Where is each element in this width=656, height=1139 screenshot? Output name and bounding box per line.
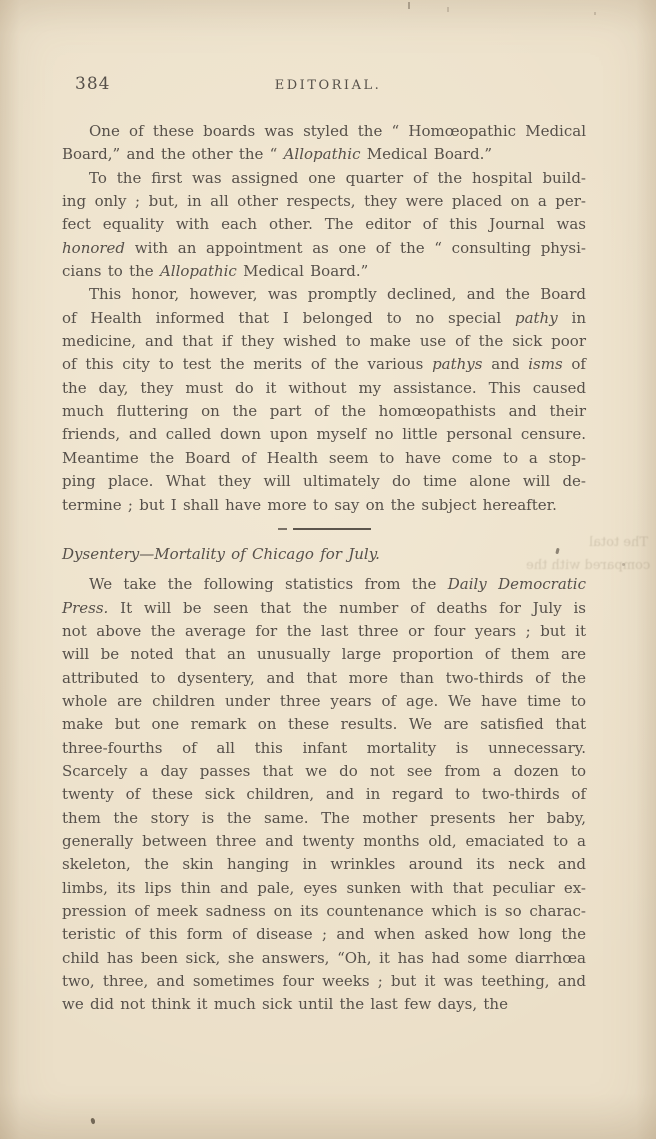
- emphasized-text: Dysentery—Mortality of Chicago for July.: [62, 545, 380, 563]
- paper-speck: [447, 7, 449, 12]
- text-line: three-fourths of all this infant mortali…: [62, 737, 586, 760]
- text-line: skeleton, the skin hanging in wrinkles a…: [62, 853, 586, 876]
- text-line: To the first was assigned one quarter of…: [62, 167, 586, 190]
- text-line: honored with an appointment as one of th…: [62, 237, 586, 260]
- text-line: teristic of this form of disease ; and w…: [62, 923, 586, 946]
- text-line: limbs, its lips thin and pale, eyes sunk…: [62, 877, 586, 900]
- paragraph: To the first was assigned one quarter of…: [62, 167, 586, 284]
- text-line: much fluttering on the part of the homœo…: [62, 400, 586, 423]
- running-head: EDITORIAL.: [0, 78, 656, 93]
- text-line: twenty of these sick children, and in re…: [62, 783, 586, 806]
- text-run: with an appointment as one of the “ cons…: [125, 239, 586, 257]
- text-run: of this city to test the merits of the v…: [62, 355, 432, 373]
- text-line: ping place. What they will ultimately do…: [62, 470, 586, 493]
- text-line: whole are children under three years of …: [62, 690, 586, 713]
- emphasized-text: Press.: [62, 599, 108, 617]
- text-run: much fluttering on the part of the homœo…: [62, 402, 586, 420]
- text-line: cians to the Allopathic Medical Board.”: [62, 260, 586, 283]
- section-heading: Dysentery—Mortality of Chicago for July.: [62, 543, 586, 566]
- text-run: the day, they must do it without my assi…: [62, 379, 586, 397]
- text-run: make but one remark on these results. We…: [62, 715, 586, 733]
- text-run: fect equality with each other. The edito…: [62, 215, 586, 233]
- text-line: attributed to dysentery, and that more t…: [62, 667, 586, 690]
- emphasized-text: honored: [62, 239, 125, 257]
- text-run: ing only ; but, in all other respects, t…: [62, 192, 586, 210]
- text-run: whole are children under three years of …: [62, 692, 586, 710]
- text-run: It will be seen that the number of death…: [108, 599, 586, 617]
- emphasized-text: Daily Democratic: [448, 575, 586, 593]
- paragraph: This honor, however, was promptly declin…: [62, 283, 586, 516]
- text-run: limbs, its lips thin and pale, eyes sunk…: [62, 879, 586, 897]
- text-run: we did not think it much sick until the …: [62, 995, 508, 1013]
- paper-speck: [408, 2, 410, 9]
- text-run: not above the average for the last three…: [62, 622, 586, 640]
- text-run: them the story is the same. The mother p…: [62, 809, 586, 827]
- paper-speck: [594, 12, 596, 15]
- text-line: medicine, and that if they wished to mak…: [62, 330, 586, 353]
- emphasized-text: pathys: [432, 355, 482, 373]
- text-run: pression of meek sadness on its countena…: [62, 902, 586, 920]
- emphasized-text: pathy: [515, 309, 558, 327]
- text-line: the day, they must do it without my assi…: [62, 377, 586, 400]
- text-line: not above the average for the last three…: [62, 620, 586, 643]
- text-run: and: [482, 355, 528, 373]
- text-run: of: [563, 355, 586, 373]
- text-run: We take the following statistics from th…: [89, 575, 448, 593]
- text-run: generally between three and twenty month…: [62, 832, 586, 850]
- text-line: we did not think it much sick until the …: [62, 993, 586, 1016]
- text-run: three-fourths of all this infant mortali…: [62, 739, 586, 757]
- text-run: of Health informed that I belonged to no…: [62, 309, 515, 327]
- text-line: them the story is the same. The mother p…: [62, 807, 586, 830]
- text-run: will be noted that an unusually large pr…: [62, 645, 586, 663]
- text-run: in: [558, 309, 586, 327]
- text-run: cians to the: [62, 262, 160, 280]
- text-line: make but one remark on these results. We…: [62, 713, 586, 736]
- text-line: Meantime the Board of Health seem to hav…: [62, 447, 586, 470]
- text-line: of this city to test the merits of the v…: [62, 353, 586, 376]
- text-run: termine ; but I shall have more to say o…: [62, 496, 557, 514]
- text-run: Medical Board.”: [360, 145, 492, 163]
- text-line: Scarcely a day passes that we do not see…: [62, 760, 586, 783]
- text-run: To the first was assigned one quarter of…: [89, 169, 586, 187]
- paragraph: One of these boards was styled the “ Hom…: [62, 120, 586, 167]
- text-run: medicine, and that if they wished to mak…: [62, 332, 586, 350]
- text-run: ping place. What they will ultimately do…: [62, 472, 586, 490]
- paper-speck: [622, 563, 625, 566]
- emphasized-text: Allopathic: [284, 145, 361, 163]
- text-run: skeleton, the skin hanging in wrinkles a…: [62, 855, 586, 873]
- text-line: Press. It will be seen that the number o…: [62, 597, 586, 620]
- text-line: will be noted that an unusually large pr…: [62, 643, 586, 666]
- section-divider-rule: [62, 528, 586, 530]
- text-line: friends, and called down upon myself no …: [62, 423, 586, 446]
- text-run: Scarcely a day passes that we do not see…: [62, 762, 586, 780]
- text-run: twenty of these sick children, and in re…: [62, 785, 586, 803]
- text-run: One of these boards was styled the “ Hom…: [89, 122, 586, 140]
- text-run: Meantime the Board of Health seem to hav…: [62, 449, 586, 467]
- text-run: two, three, and sometimes four weeks ; b…: [62, 972, 586, 990]
- text-run: attributed to dysentery, and that more t…: [62, 669, 586, 687]
- text-line: pression of meek sadness on its countena…: [62, 900, 586, 923]
- text-line: This honor, however, was promptly declin…: [62, 283, 586, 306]
- text-line: generally between three and twenty month…: [62, 830, 586, 853]
- book-page: 384 EDITORIAL. One of these boards was s…: [0, 0, 656, 1139]
- text-line: One of these boards was styled the “ Hom…: [62, 120, 586, 143]
- text-line: two, three, and sometimes four weeks ; b…: [62, 970, 586, 993]
- text-line: fect equality with each other. The edito…: [62, 213, 586, 236]
- text-line: ing only ; but, in all other respects, t…: [62, 190, 586, 213]
- emphasized-text: Allopathic: [160, 262, 237, 280]
- emphasized-text: isms: [528, 355, 562, 373]
- paragraph: We take the following statistics from th…: [62, 573, 586, 1017]
- text-run: teristic of this form of disease ; and w…: [62, 925, 586, 943]
- bleed-through-text: The total: [589, 535, 648, 550]
- text-line: of Health informed that I belonged to no…: [62, 307, 586, 330]
- text-run: This honor, however, was promptly declin…: [89, 285, 586, 303]
- divider-line: [293, 528, 371, 530]
- text-run: friends, and called down upon myself no …: [62, 425, 586, 443]
- text-run: Board,” and the other the “: [62, 145, 284, 163]
- text-line: child has been sick, she answers, “Oh, i…: [62, 947, 586, 970]
- divider-dash: [278, 528, 287, 530]
- text-run: Medical Board.”: [237, 262, 369, 280]
- text-line: termine ; but I shall have more to say o…: [62, 494, 586, 517]
- paper-speck: [90, 1117, 96, 1124]
- text-run: child has been sick, she answers, “Oh, i…: [62, 949, 586, 967]
- page-text-content: One of these boards was styled the “ Hom…: [62, 120, 586, 1017]
- text-line: Board,” and the other the “ Allopathic M…: [62, 143, 586, 166]
- text-line: We take the following statistics from th…: [62, 573, 586, 596]
